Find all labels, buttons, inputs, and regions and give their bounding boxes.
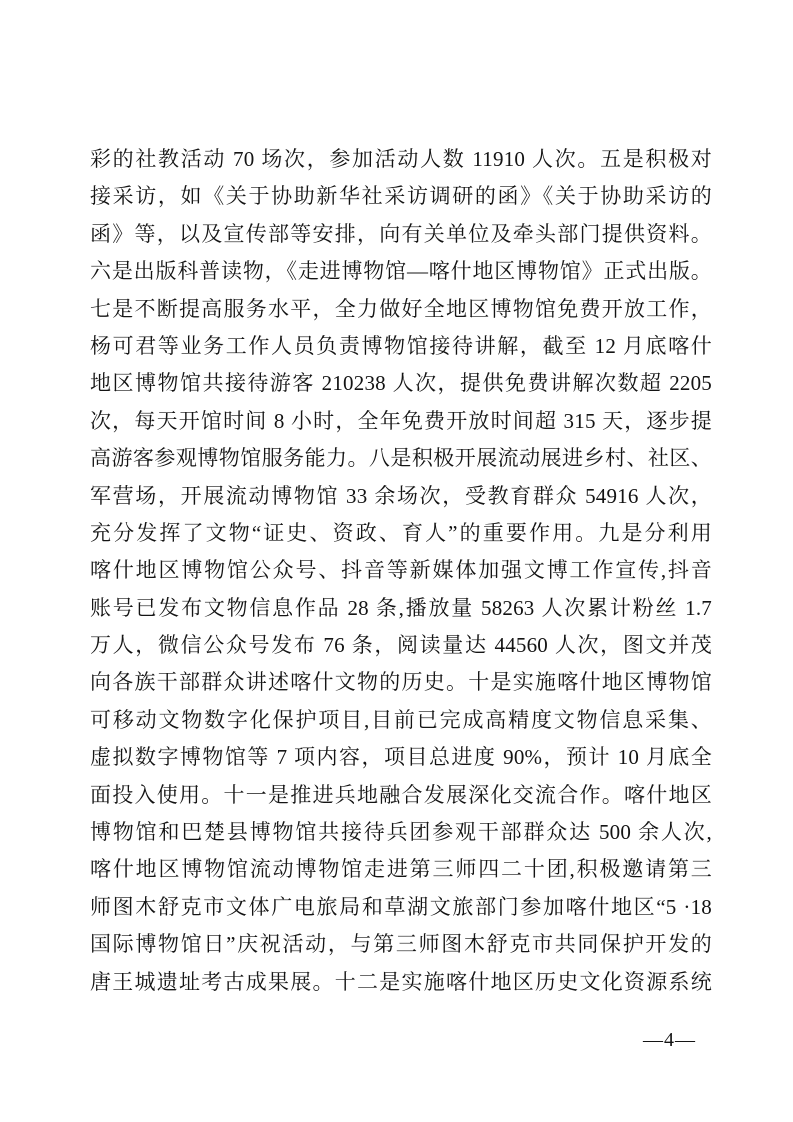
page-number: —4— xyxy=(643,1026,696,1054)
text-line: 函》等，以及宣传部等安排，向有关单位及牵头部门提供资料。 xyxy=(90,216,712,253)
text-line: 可移动文物数字化保护项目,目前已完成高精度文物信息采集、 xyxy=(90,702,712,739)
text-line: 喀什地区博物馆公众号、抖音等新媒体加强文博工作宣传,抖音 xyxy=(90,552,712,589)
text-line: 师图木舒克市文体广电旅局和草湖文旅部门参加喀什地区“5 ·18 xyxy=(90,889,712,926)
document-body-text: 彩的社教活动 70 场次，参加活动人数 11910 人次。五是积极对 接采访，如… xyxy=(90,141,712,1001)
text-line: 次，每天开馆时间 8 小时，全年免费开放时间超 315 天，逐步提 xyxy=(90,403,712,440)
text-line: 军营场，开展流动博物馆 33 余场次，受教育群众 54916 人次， xyxy=(90,478,712,515)
text-line: 七是不断提高服务水平，全力做好全地区博物馆免费开放工作， xyxy=(90,291,712,328)
text-line: 地区博物馆共接待游客 210238 人次，提供免费讲解次数超 2205 xyxy=(90,365,712,402)
text-line: 博物馆和巴楚县博物馆共接待兵团参观干部群众达 500 余人次, xyxy=(90,814,712,851)
text-line: 国际博物馆日”庆祝活动，与第三师图木舒克市共同保护开发的 xyxy=(90,926,712,963)
document-page: 彩的社教活动 70 场次，参加活动人数 11910 人次。五是积极对 接采访，如… xyxy=(0,0,793,1122)
text-line: 向各族干部群众讲述喀什文物的历史。十是实施喀什地区博物馆 xyxy=(90,664,712,701)
text-line: 账号已发布文物信息作品 28 条,播放量 58263 人次累计粉丝 1.7 xyxy=(90,590,712,627)
text-line: 喀什地区博物馆流动博物馆走进第三师四二十团,积极邀请第三 xyxy=(90,851,712,888)
text-line: 虚拟数字博物馆等 7 项内容，项目总进度 90%，预计 10 月底全 xyxy=(90,739,712,776)
text-line: 接采访，如《关于协助新华社采访调研的函》《关于协助采访的 xyxy=(90,178,712,215)
text-line: 万人，微信公众号发布 76 条，阅读量达 44560 人次，图文并茂 xyxy=(90,627,712,664)
text-line: 六是出版科普读物，《走进博物馆—喀什地区博物馆》正式出版。 xyxy=(90,253,712,290)
text-line: 高游客参观博物馆服务能力。八是积极开展流动展进乡村、社区、 xyxy=(90,440,712,477)
text-line: 充分发挥了文物“证史、资政、育人”的重要作用。九是分利用 xyxy=(90,515,712,552)
text-line: 杨可君等业务工作人员负责博物馆接待讲解，截至 12 月底喀什 xyxy=(90,328,712,365)
text-line: 唐王城遗址考古成果展。十二是实施喀什地区历史文化资源系统 xyxy=(90,964,712,1001)
text-line: 面投入使用。十一是推进兵地融合发展深化交流合作。喀什地区 xyxy=(90,777,712,814)
text-line: 彩的社教活动 70 场次，参加活动人数 11910 人次。五是积极对 xyxy=(90,141,712,178)
